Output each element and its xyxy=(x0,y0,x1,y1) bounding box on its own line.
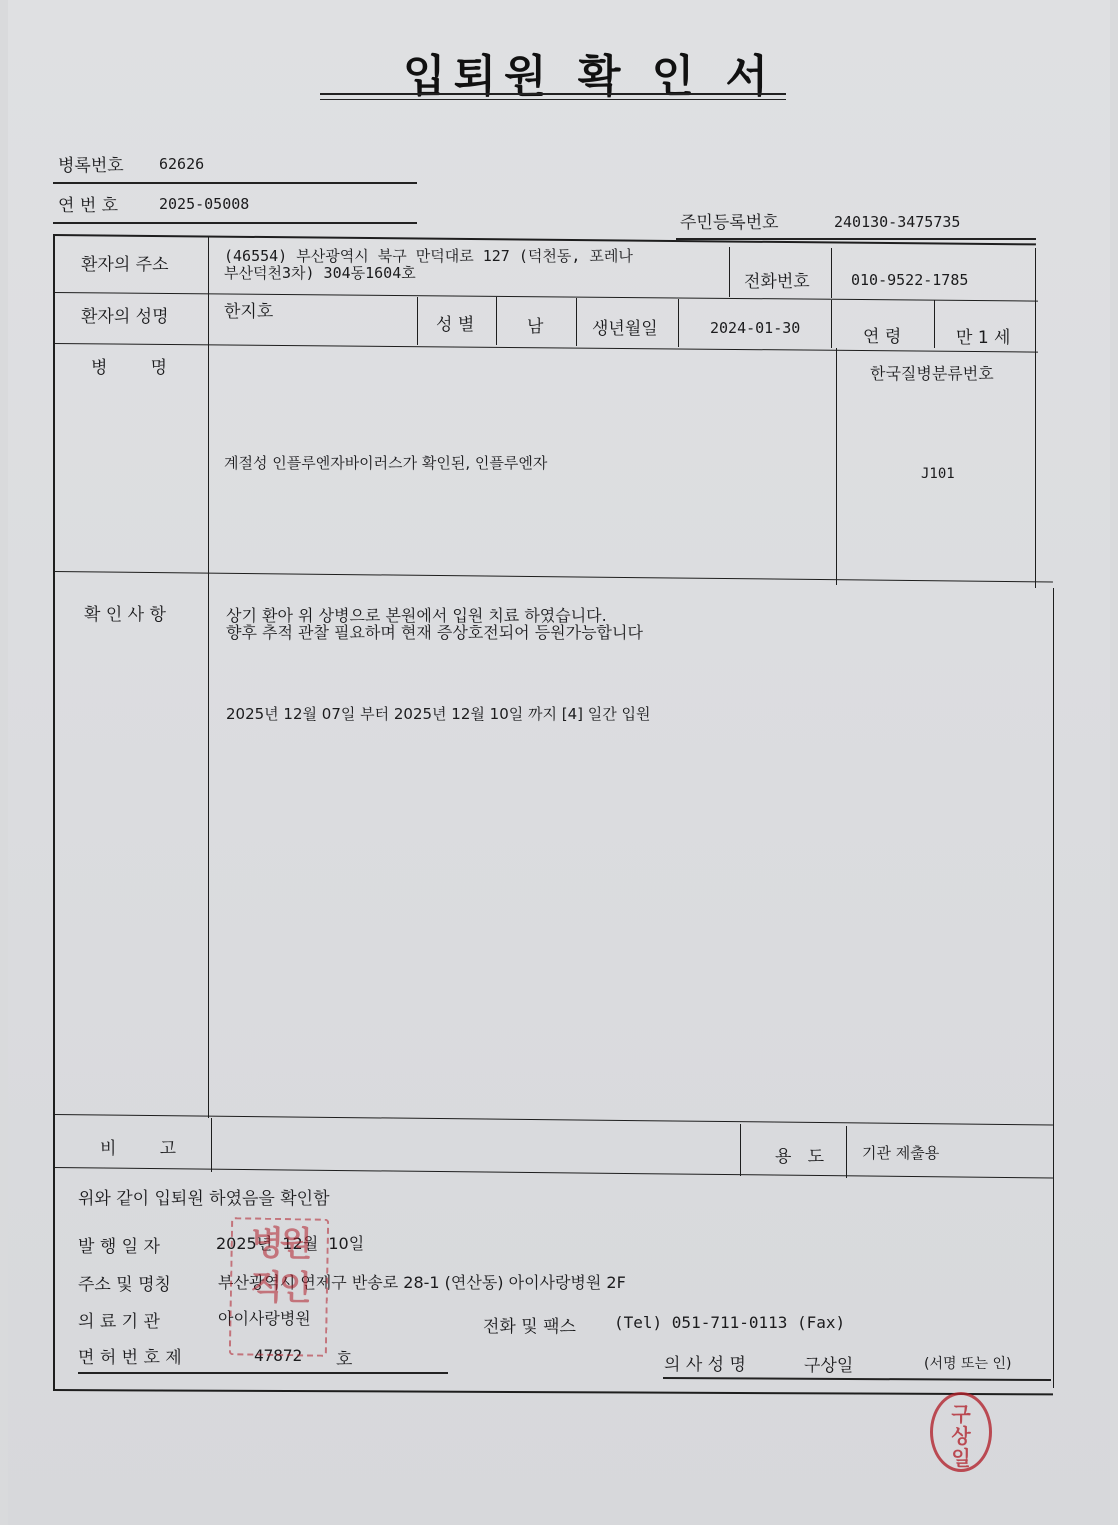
serial-no-value: 2025-05008 xyxy=(159,195,249,213)
name-label: 환자의 성명 xyxy=(81,302,169,327)
col-line-age-label xyxy=(831,300,832,348)
doctor-signature-underline xyxy=(663,1377,1051,1381)
col-line-sex-label xyxy=(417,297,418,345)
institution-address-label: 주소 및 명칭 xyxy=(78,1270,171,1295)
signature-hint: (서명 또는 인) xyxy=(924,1356,1011,1373)
col-line-birth-value xyxy=(678,299,679,347)
license-label: 면 허 번 호 제 xyxy=(78,1343,182,1368)
table-bottom-border xyxy=(53,1389,1053,1395)
institution-seal-text: 병원 직인 xyxy=(250,1224,309,1309)
patient-name: 한지호 xyxy=(224,304,273,321)
confirmation-statement: 위와 같이 입퇴원 하였음을 확인함 xyxy=(78,1184,330,1209)
remarks-label: 비 고 xyxy=(100,1134,176,1159)
col-line-kcd xyxy=(836,348,837,585)
col-line-labels xyxy=(208,236,209,1118)
record-no-label: 병록번호 xyxy=(58,151,124,176)
doctor-name-value: 구상일 xyxy=(804,1351,853,1376)
title-underline-thin xyxy=(320,99,786,100)
age-label: 연 령 xyxy=(863,322,901,347)
diagnosis-label: 병 명 xyxy=(91,353,167,378)
col-line-purpose-label xyxy=(740,1124,741,1176)
purpose-label: 용 도 xyxy=(775,1142,824,1167)
resident-no-value: 240130-3475735 xyxy=(834,213,960,231)
phone-label: 전화번호 xyxy=(744,267,810,292)
phone-fax-value: (Tel) 051-711-0113 (Fax) xyxy=(614,1314,845,1331)
col-line-birth-label xyxy=(576,298,577,346)
institution-label: 의 료 기 관 xyxy=(78,1307,160,1332)
col-line-sex-value xyxy=(496,297,497,345)
table-left-border xyxy=(53,234,55,1391)
serial-no-underline xyxy=(53,222,417,224)
address-label: 환자의 주소 xyxy=(81,250,169,275)
address-line2: 부산덕천3차) 304동1604호 xyxy=(224,265,416,282)
birth-value: 2024-01-30 xyxy=(710,320,800,337)
doctor-seal-text: 구 상 일 xyxy=(951,1402,970,1470)
confirmation-line1: 상기 환아 위 상병으로 본원에서 입원 치료 하였습니다. xyxy=(226,607,607,624)
license-suffix: 호 xyxy=(336,1345,352,1370)
serial-no-label: 연 번 호 xyxy=(58,191,118,216)
record-no-value: 62626 xyxy=(159,155,204,173)
col-line-phone-label xyxy=(729,247,730,297)
confirmation-label: 확 인 사 항 xyxy=(84,600,166,625)
admission-period: 2025년 12월 07일 부터 2025년 12월 10일 까지 [4] 일간… xyxy=(226,706,651,723)
address-line1: (46554) 부산광역시 북구 만덕대로 127 (덕천동, 포레나 xyxy=(224,248,633,265)
resident-no-label: 주민등록번호 xyxy=(680,208,779,233)
kcd-label: 한국질병분류번호 xyxy=(870,365,994,382)
birth-label: 생년월일 xyxy=(592,314,658,339)
col-line-purpose-value xyxy=(846,1126,847,1178)
row-line-address xyxy=(53,292,1038,302)
col-line-age-value xyxy=(934,300,935,348)
issue-date-label: 발 행 일 자 xyxy=(78,1232,160,1257)
phone-value: 010-9522-1785 xyxy=(851,272,968,289)
purpose-value: 기관 제출용 xyxy=(862,1145,939,1162)
document-page: 입퇴원 확 인 서 병록번호 62626 연 번 호 2025-05008 주민… xyxy=(8,0,1110,1525)
table-right-border-upper xyxy=(1035,248,1036,588)
table-right-border-lower xyxy=(1053,588,1054,1388)
col-line-labels-remarks xyxy=(211,1118,212,1172)
diagnosis-text: 계절성 인플루엔자바이러스가 확인된, 인플루엔자 xyxy=(224,455,547,472)
row-line-confirmation xyxy=(53,1114,1053,1125)
phone-fax-label: 전화 및 팩스 xyxy=(483,1312,576,1337)
doctor-name-label: 의 사 성 명 xyxy=(664,1350,746,1375)
license-underline xyxy=(78,1372,448,1374)
col-line-phone-value xyxy=(831,248,832,298)
record-no-underline xyxy=(53,182,417,184)
kcd-code: J101 xyxy=(921,466,955,483)
row-line-diagnosis xyxy=(53,571,1053,582)
row-line-remarks xyxy=(53,1167,1053,1178)
age-value: 만 1 세 xyxy=(956,323,1010,348)
institution-seal-stamp: 병원 직인 xyxy=(229,1217,329,1357)
doctor-seal-stamp: 구 상 일 xyxy=(930,1392,992,1472)
sex-value: 남 xyxy=(527,312,543,337)
title-underline xyxy=(320,93,786,95)
sex-label: 성 별 xyxy=(436,310,474,335)
confirmation-line2: 향후 추적 관찰 필요하며 현재 증상호전되어 등원가능합니다 xyxy=(226,624,643,641)
